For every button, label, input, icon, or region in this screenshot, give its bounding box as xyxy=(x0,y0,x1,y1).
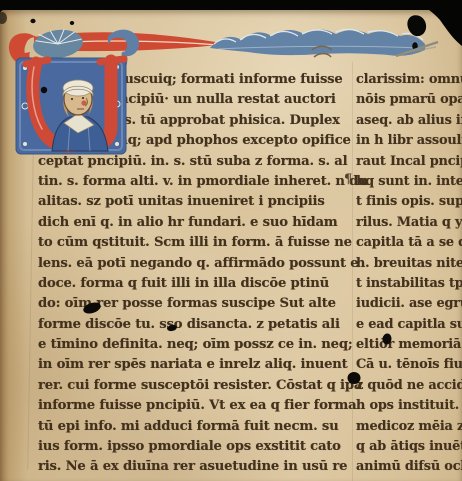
text-line: ceptat pncipiū. in. s. stū suba z forma.… xyxy=(38,152,350,172)
text-line: rer. cui forme susceptōi resister. Cōsta… xyxy=(38,376,350,396)
text-line: in oīm rer spēs nariata e inrelz aliq. i… xyxy=(38,355,350,375)
text-line: z quōd ne accidat. xyxy=(356,376,462,396)
column-ruling-line xyxy=(352,62,353,481)
text-line: niuscuiq; formati informe fuisse xyxy=(110,70,350,90)
text-line: rilus. Matia q yp xyxy=(356,213,462,233)
text-line: in h libr assoulri xyxy=(356,131,462,151)
manuscript-scan: { "document": { "kind": "medieval illumi… xyxy=(0,0,462,481)
text-line: ris. Ne ā ex diuīna rer asuetudine in us… xyxy=(38,457,350,477)
text-line: informe fuisse pncipiū. Vt ex ea q fier … xyxy=(38,396,350,416)
text-line: h. breuitas nitebo xyxy=(356,254,462,274)
text-line: e ead capitla sub q xyxy=(356,315,462,335)
text-line: tas. tū approbat phisica. Duplex xyxy=(110,111,350,131)
text-line: iudicii. ase egru: xyxy=(356,294,462,314)
text-line: pncipiū· un nulla restat auctori xyxy=(110,90,350,110)
text-line: lens. eā potī negando q. affirmādo possu… xyxy=(38,254,350,274)
text-line: q ab ātiqs inuēta xyxy=(356,437,462,457)
text-line: clarissim: omnua h xyxy=(356,70,462,90)
text-line: eltiōr memoriā q xyxy=(356,335,462,355)
text-line: tū epi info. mi adduci formā fuit necm. … xyxy=(38,417,350,437)
text-line: doce. forma q fuit illi in illa discōe p… xyxy=(38,274,350,294)
paraph-mark: ¶ xyxy=(344,172,352,187)
text-line: medicoz mēia z n xyxy=(356,417,462,437)
text-line: forme discōe tu. sso disancta. z petatis… xyxy=(38,315,350,335)
text-line: animū difsū ocbāt xyxy=(356,457,462,477)
text-line: e tīmino definita. neq; oīm possz ce in.… xyxy=(38,335,350,355)
text-line: aseq. ab alius inu xyxy=(356,111,462,131)
text-line: dich enī q. in alio hr fundari. e suo hī… xyxy=(38,213,350,233)
text-line: do: oīm rer posse formas suscipe Sut alt… xyxy=(38,294,350,314)
text-line: tin. s. forma alti. v. in pmordiale inhe… xyxy=(38,172,350,192)
text-line: Cā u. tēnoīs fiut le xyxy=(356,355,462,375)
left-text-column: niuscuiq; formati informe fuisse pncipiū… xyxy=(38,70,350,478)
text-line: t finis opis. suppo xyxy=(356,192,462,212)
text-line: ius form. ipsso pmordiale ops exstitit c… xyxy=(38,437,350,457)
text-line: h ops instituit. Vt xyxy=(356,396,462,416)
text-line: capitla tā a se q. ab xyxy=(356,233,462,253)
text-line: nāq; apd phophos excepto opifice xyxy=(110,131,350,151)
text-line: hq sunt in. inter xyxy=(356,172,462,192)
text-line: to cūm qstituit. Scm illi in form. ā fui… xyxy=(38,233,350,253)
text-line: alitas. sz potī unitas inueniret i pncip… xyxy=(38,192,350,212)
text-line: nōis pmarū opa xyxy=(356,90,462,110)
text-line: raut Incal pncip xyxy=(356,152,462,172)
text-line: t instabilitas tpis. l xyxy=(356,274,462,294)
right-text-column: clarissim: omnua h nōis pmarū opa aseq. … xyxy=(356,70,462,478)
